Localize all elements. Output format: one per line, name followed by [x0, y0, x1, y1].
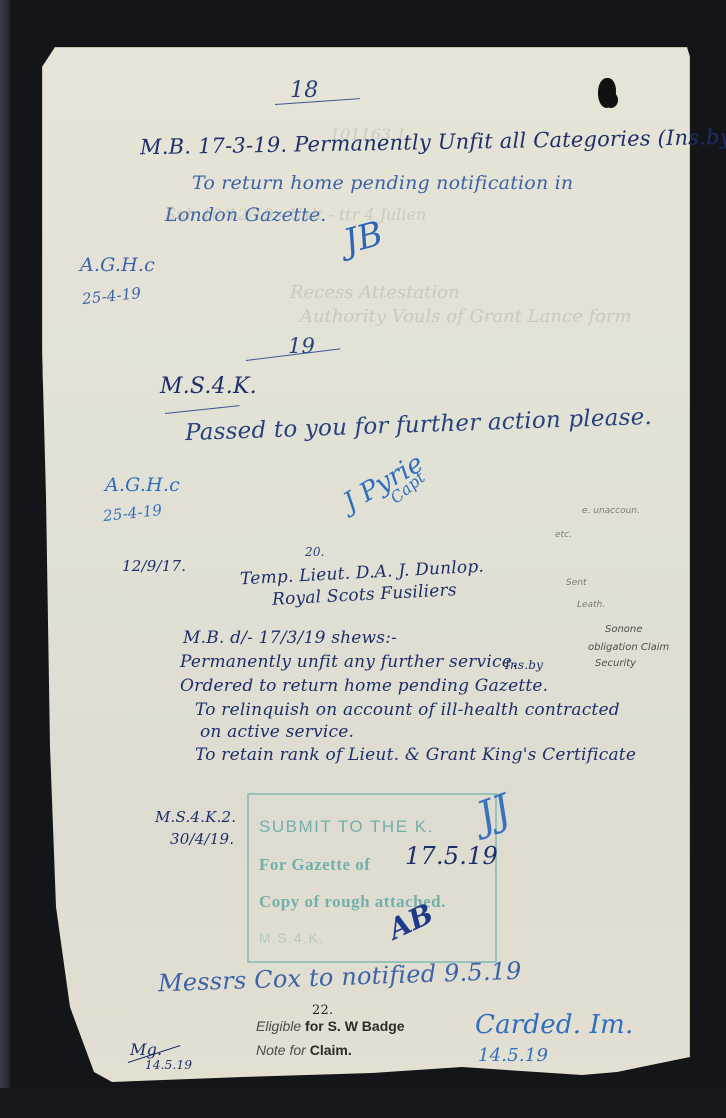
printed-text-bold: Claim.: [310, 1042, 352, 1058]
minute-20-line-6: To retain rank of Lieut. & Grant King's …: [195, 745, 636, 765]
minute-18-line-2: To return home pending notification in: [192, 172, 573, 194]
gazette-stamp: SUBMIT TO THE K. For Gazette of Copy of …: [247, 793, 497, 963]
minute-18-margin-ref: A.G.H.c: [80, 254, 155, 276]
margin-faint-note: e. unaccoun.: [582, 506, 640, 516]
minute-20-line-2: Permanently unfit any further service.: [180, 652, 518, 672]
printed-text-bold: for S. W Badge: [305, 1018, 405, 1034]
margin-faint-note: obligation Claim: [588, 642, 669, 653]
stamp-line-4: M.S.4.K.: [259, 930, 325, 946]
punch-hole: [598, 78, 616, 108]
bottom-left-date: 14.5.19: [145, 1058, 192, 1072]
minute-20-line-3: Ordered to return home pending Gazette.: [180, 676, 548, 696]
minute-20-line-5: on active service.: [200, 722, 354, 742]
minute-20-insertion: Ins.by: [505, 658, 543, 672]
frame-bottom-edge: [0, 1088, 726, 1118]
frame-left-edge: [0, 0, 10, 1118]
minute-20-line-1: M.B. d/- 17/3/19 shews:-: [183, 628, 397, 648]
minute-21-margin-date: 30/4/19.: [170, 830, 234, 848]
minute-number-18: 18: [290, 78, 318, 103]
minute-number-22: 22.: [312, 1003, 333, 1018]
minute-number-20: 20.: [305, 545, 325, 559]
carded-note: Carded. Im.: [475, 1010, 633, 1040]
minute-20-line-4: To relinquish on account of ill-health c…: [195, 700, 620, 720]
stamp-line-1: SUBMIT TO THE K.: [259, 817, 434, 837]
carded-date: 14.5.19: [478, 1045, 548, 1066]
bleed-through-text: Recess Attestation: [290, 282, 460, 303]
stamp-line-2-label: For Gazette of: [259, 855, 370, 875]
margin-faint-note: Security: [595, 658, 636, 669]
margin-faint-note: etc.: [555, 530, 572, 540]
printed-claim-line: Note for Claim.: [256, 1042, 352, 1058]
gazette-date: 17.5.19: [405, 842, 498, 870]
minute-20-margin-date: 12/9/17.: [122, 557, 186, 575]
minute-18-line-3: London Gazette.: [165, 204, 327, 226]
margin-faint-note: Sonone: [605, 624, 642, 635]
printed-eligible-line: Eligible for S. W Badge: [256, 1018, 405, 1034]
margin-faint-note: Sent: [566, 578, 586, 588]
margin-faint-note: Leath.: [577, 600, 605, 610]
minute-19-addressee: M.S.4.K.: [160, 374, 257, 399]
minute-19-margin-ref: A.G.H.c: [105, 474, 180, 496]
bleed-through-text: Authority Vouls of Grant Lance form: [300, 306, 632, 327]
minute-21-margin-ref: M.S.4.K.2.: [155, 808, 236, 826]
printed-text: Eligible: [256, 1018, 301, 1034]
printed-text: Note for: [256, 1042, 306, 1058]
